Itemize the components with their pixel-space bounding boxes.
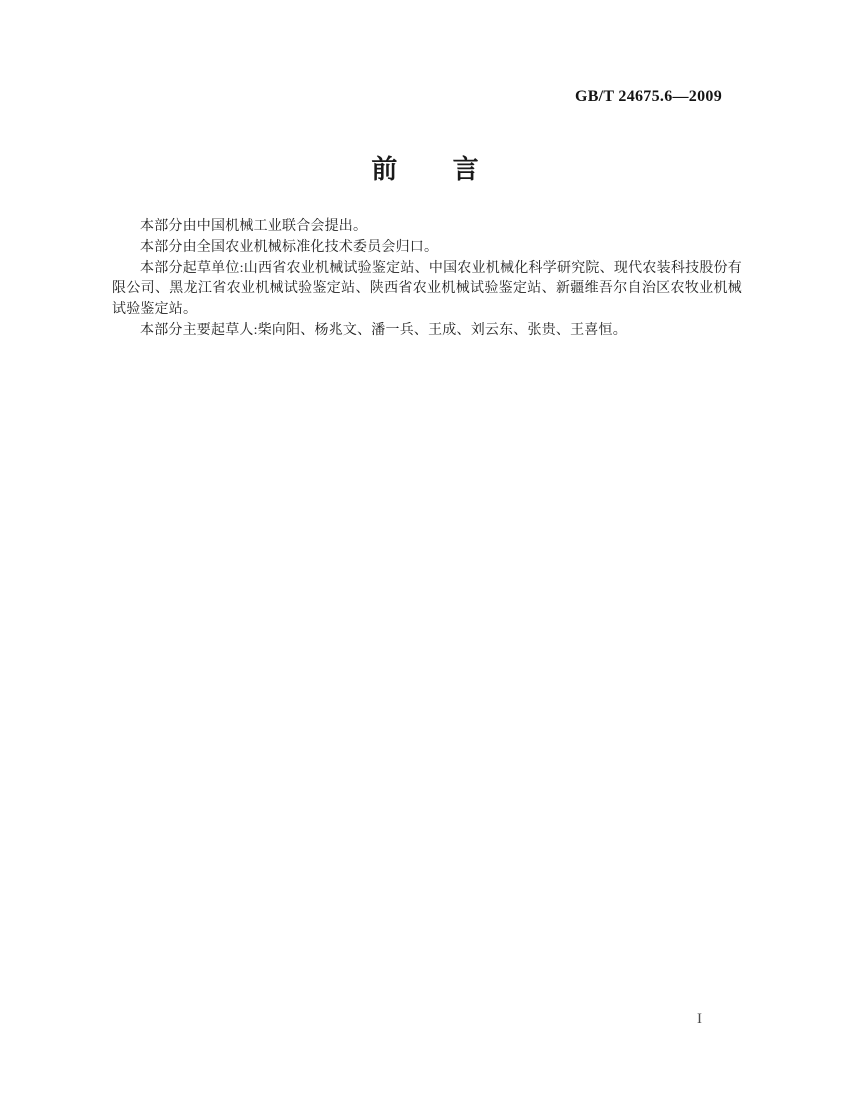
foreword-title-char-2: 言: [453, 149, 479, 186]
paragraph-centralized-by: 本部分由全国农业机械标准化技术委员会归口。: [112, 238, 742, 259]
page-number: I: [697, 1011, 702, 1028]
foreword-title-char-1: 前: [371, 149, 397, 186]
foreword-body: 本部分由中国机械工业联合会提出。 本部分由全国农业机械标准化技术委员会归口。 本…: [112, 217, 742, 342]
foreword-title: 前 言: [0, 149, 850, 186]
paragraph-drafting-organizations: 本部分起草单位:山西省农业机械试验鉴定站、中国农业机械化科学研究院、现代农装科技…: [112, 259, 742, 321]
standard-code-header: GB/T 24675.6—2009: [575, 88, 722, 106]
document-page: GB/T 24675.6—2009 前 言 本部分由中国机械工业联合会提出。 本…: [0, 0, 850, 1100]
paragraph-main-drafters: 本部分主要起草人:柴向阳、杨兆文、潘一兵、王成、刘云东、张贵、王喜恒。: [112, 321, 742, 342]
paragraph-issued-by: 本部分由中国机械工业联合会提出。: [112, 217, 742, 238]
